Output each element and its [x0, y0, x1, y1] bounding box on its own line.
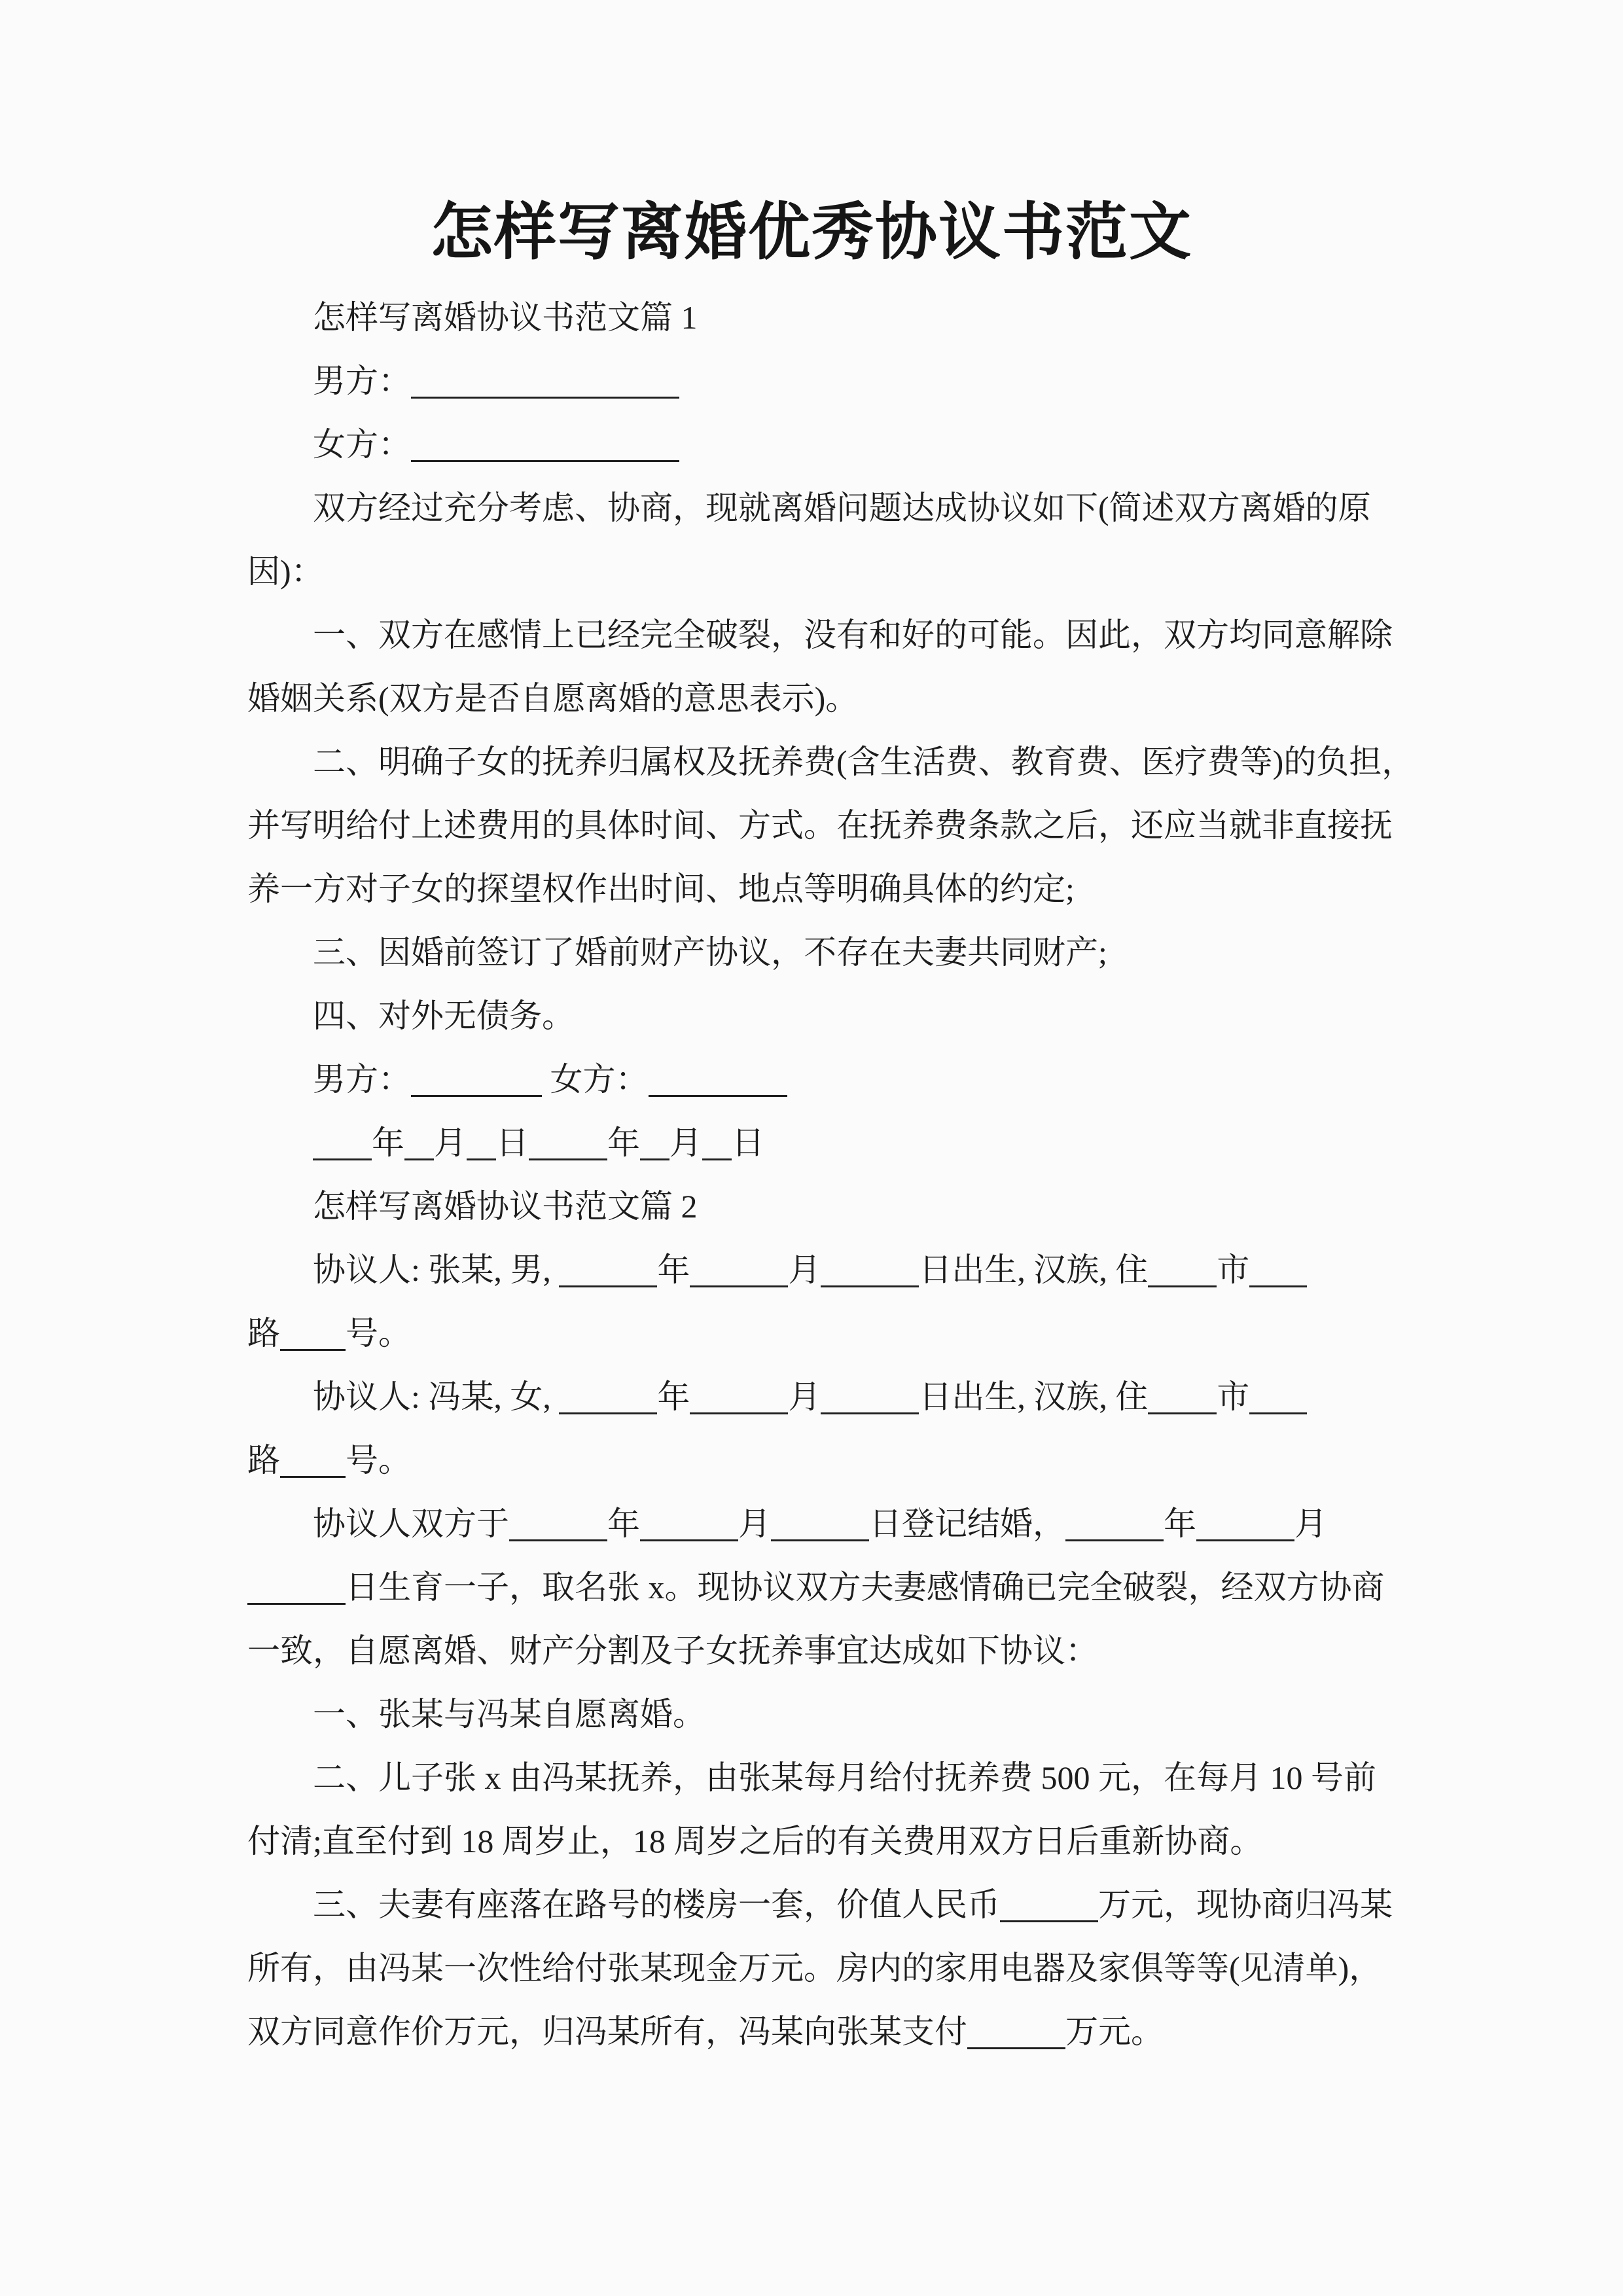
text-run: 年 — [607, 1505, 640, 1542]
text-run: 养一方对子女的探望权作出时间、地点等明确具体的约定; — [247, 870, 1075, 907]
blank-underline — [1148, 1390, 1217, 1414]
text-line: 协议人双方于年月日登记结婚，年月 — [247, 1492, 1386, 1556]
text-run: 市 — [1217, 1378, 1249, 1415]
blank-underline — [1148, 1263, 1217, 1287]
text-line: 婚姻关系(双方是否自愿离婚的意思表示)。 — [247, 667, 1386, 730]
text-line: 协议人: 张某, 男, 年月日出生, 汉族, 住市 — [247, 1238, 1386, 1302]
blank-underline — [1065, 1517, 1164, 1541]
text-line: 付清;直至付到 18 周岁止，18 周岁之后的有关费用双方日后重新协商。 — [247, 1810, 1386, 1873]
text-line: 三、因婚前签订了婚前财产协议，不存在夫妻共同财产; — [247, 921, 1386, 984]
text-line: 四、对外无债务。 — [247, 984, 1386, 1048]
text-run: 协议人: 冯某, 女, — [313, 1378, 559, 1415]
text-run: 月 — [788, 1378, 821, 1415]
blank-underline — [559, 1263, 657, 1287]
blank-underline — [411, 438, 679, 462]
blank-underline — [467, 1136, 496, 1160]
text-line: 并写明给付上述费用的具体时间、方式。在抚养费条款之后，还应当就非直接抚 — [247, 794, 1386, 857]
text-run: 二、明确子女的抚养归属权及抚养费(含生活费、教育费、医疗费等)的负担， — [313, 744, 1414, 780]
text-run: 年 — [372, 1124, 404, 1161]
text-run: 日登记结婚， — [869, 1505, 1065, 1542]
text-line: 路号。 — [247, 1302, 1386, 1365]
text-run: 婚姻关系(双方是否自愿离婚的意思表示)。 — [247, 680, 858, 717]
text-line: 怎样写离婚协议书范文篇 2 — [247, 1175, 1386, 1238]
text-line: 一、双方在感情上已经完全破裂，没有和好的可能。因此，双方均同意解除 — [247, 603, 1386, 667]
text-run: 怎样写离婚协议书范文篇 2 — [313, 1188, 698, 1225]
text-line: 协议人: 冯某, 女, 年月日出生, 汉族, 住市 — [247, 1365, 1386, 1429]
blank-underline — [559, 1390, 657, 1414]
text-line: 二、儿子张 x 由冯某抚养，由张某每月给付抚养费 500 元，在每月 10 号前 — [247, 1746, 1386, 1810]
text-line: 日生育一子，取名张 x。现协议双方夫妻感情确已完全破裂，经双方协商 — [247, 1556, 1386, 1619]
text-run: 月 — [434, 1124, 467, 1161]
text-line: 男方： — [247, 350, 1386, 413]
text-run: 号。 — [346, 1315, 411, 1352]
text-run: 月 — [738, 1505, 771, 1542]
text-run: 四、对外无债务。 — [313, 997, 575, 1034]
document-page: 怎样写离婚优秀协议书范文 怎样写离婚协议书范文篇 1男方：女方：双方经过充分考虑… — [0, 0, 1623, 2296]
text-run: 双方同意作价万元，归冯某所有，冯某向张某支付 — [247, 2013, 967, 2050]
blank-underline — [247, 1581, 346, 1605]
text-run: 男方： — [313, 1061, 411, 1098]
text-run: 年 — [657, 1251, 690, 1288]
text-run: 市 — [1217, 1251, 1249, 1288]
text-run: 协议人双方于 — [313, 1505, 509, 1542]
text-run: 男方： — [313, 363, 411, 399]
text-line: 一、张某与冯某自愿离婚。 — [247, 1683, 1386, 1746]
text-run: 日出生, 汉族, 住 — [919, 1378, 1148, 1415]
text-line: 双方同意作价万元，归冯某所有，冯某向张某支付万元。 — [247, 2000, 1386, 2064]
text-line: 因)： — [247, 540, 1386, 603]
text-run: 一致，自愿离婚、财产分割及子女抚养事宜达成如下协议： — [247, 1632, 1098, 1669]
text-line: 一致，自愿离婚、财产分割及子女抚养事宜达成如下协议： — [247, 1619, 1386, 1683]
blank-underline — [1196, 1517, 1294, 1541]
text-run: 日 — [732, 1124, 764, 1161]
blank-underline — [313, 1136, 372, 1160]
text-line: 路号。 — [247, 1429, 1386, 1492]
text-run: 三、因婚前签订了婚前财产协议，不存在夫妻共同财产; — [313, 934, 1107, 971]
blank-underline — [1000, 1898, 1098, 1922]
blank-underline — [529, 1136, 607, 1160]
text-run: 路 — [247, 1315, 280, 1352]
blank-underline — [1249, 1390, 1307, 1414]
text-line: 三、夫妻有座落在路号的楼房一套，价值人民币万元，现协商归冯某 — [247, 1873, 1386, 1937]
blank-underline — [702, 1136, 732, 1160]
text-line: 怎样写离婚协议书范文篇 1 — [247, 286, 1386, 350]
text-line: 年月日年月日 — [247, 1111, 1386, 1175]
blank-underline — [771, 1517, 869, 1541]
text-run: 一、张某与冯某自愿离婚。 — [313, 1696, 705, 1732]
document-title: 怎样写离婚优秀协议书范文 — [0, 194, 1623, 272]
blank-underline — [640, 1136, 669, 1160]
text-line: 二、明确子女的抚养归属权及抚养费(含生活费、教育费、医疗费等)的负担， — [247, 730, 1386, 794]
text-run: 日出生, 汉族, 住 — [919, 1251, 1148, 1288]
text-run: 万元，现协商归冯某 — [1098, 1886, 1393, 1923]
blank-underline — [1249, 1263, 1307, 1287]
text-line: 女方： — [247, 413, 1386, 476]
blank-underline — [640, 1517, 738, 1541]
text-run: 号。 — [346, 1442, 411, 1479]
blank-underline — [821, 1263, 919, 1287]
text-run: 所有，由冯某一次性给付张某现金万元。房内的家用电器及家俱等等(见清单)， — [247, 1950, 1382, 1986]
text-run: 双方经过充分考虑、协商，现就离婚问题达成协议如下(简述双方离婚的原 — [313, 490, 1371, 526]
text-run: 并写明给付上述费用的具体时间、方式。在抚养费条款之后，还应当就非直接抚 — [247, 807, 1393, 844]
blank-underline — [280, 1327, 346, 1351]
text-run: 年 — [1164, 1505, 1196, 1542]
blank-underline — [411, 1073, 542, 1097]
text-run: 付清;直至付到 18 周岁止，18 周岁之后的有关费用双方日后重新协商。 — [247, 1823, 1262, 1859]
blank-underline — [821, 1390, 919, 1414]
text-run: 月 — [669, 1124, 702, 1161]
text-line: 所有，由冯某一次性给付张某现金万元。房内的家用电器及家俱等等(见清单)， — [247, 1937, 1386, 2000]
text-line: 养一方对子女的探望权作出时间、地点等明确具体的约定; — [247, 857, 1386, 921]
text-run: 年 — [657, 1378, 690, 1415]
blank-underline — [649, 1073, 787, 1097]
blank-underline — [509, 1517, 607, 1541]
text-line: 双方经过充分考虑、协商，现就离婚问题达成协议如下(简述双方离婚的原 — [247, 476, 1386, 540]
text-run: 怎样写离婚协议书范文篇 1 — [313, 299, 698, 336]
text-run: 年 — [607, 1124, 640, 1161]
blank-underline — [404, 1136, 434, 1160]
text-run: 女方： — [313, 426, 411, 463]
text-run: 因)： — [247, 553, 324, 590]
text-run: 日 — [496, 1124, 529, 1161]
text-run: 三、夫妻有座落在路号的楼房一套，价值人民币 — [313, 1886, 1000, 1923]
text-line: 男方： 女方： — [247, 1048, 1386, 1111]
text-run: 万元。 — [1065, 2013, 1164, 2050]
blank-underline — [280, 1454, 346, 1478]
text-run: 女方： — [542, 1061, 649, 1098]
text-run: 月 — [788, 1251, 821, 1288]
text-run: 协议人: 张某, 男, — [313, 1251, 559, 1288]
blank-underline — [967, 2025, 1065, 2049]
text-run: 二、儿子张 x 由冯某抚养，由张某每月给付抚养费 500 元，在每月 10 号前 — [313, 1759, 1376, 1796]
text-run: 日生育一子，取名张 x。现协议双方夫妻感情确已完全破裂，经双方协商 — [346, 1569, 1385, 1605]
text-run: 月 — [1294, 1505, 1327, 1542]
document-body: 怎样写离婚协议书范文篇 1男方：女方：双方经过充分考虑、协商，现就离婚问题达成协… — [247, 286, 1386, 2064]
text-run: 路 — [247, 1442, 280, 1479]
blank-underline — [690, 1390, 788, 1414]
blank-underline — [690, 1263, 788, 1287]
blank-underline — [411, 374, 679, 399]
text-run: 一、双方在感情上已经完全破裂，没有和好的可能。因此，双方均同意解除 — [313, 617, 1393, 653]
